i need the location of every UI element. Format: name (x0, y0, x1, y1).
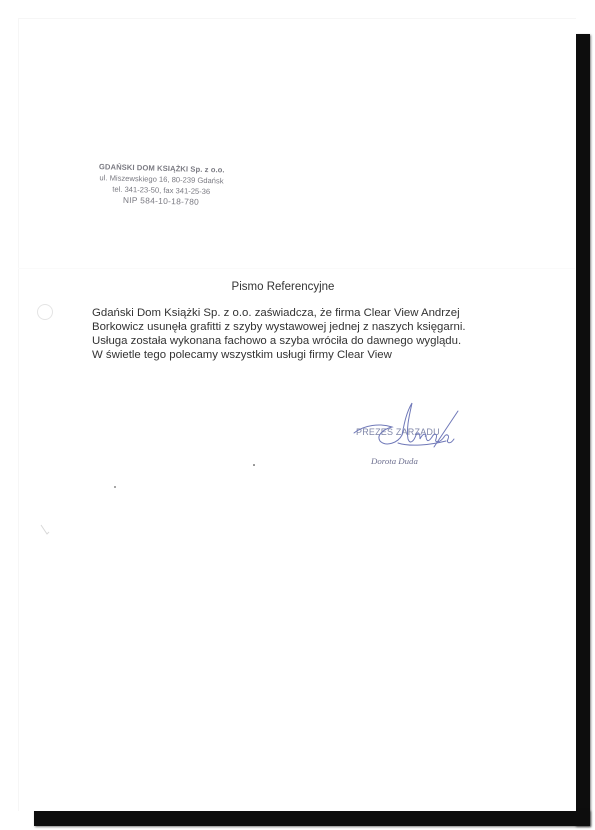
letter-title: Pismo Referencyjne (0, 281, 566, 293)
page-shadow-right (575, 34, 590, 826)
page-shadow-bottom (34, 810, 590, 826)
body-line: Borkowicz usunęła grafitti z szyby wysta… (92, 320, 492, 334)
signatory-name: Dorota Duda (371, 456, 418, 466)
body-line: Usługa została wykonana fachowo a szyba … (92, 334, 492, 348)
body-line: W świetle tego polecamy wszystkim usługi… (92, 348, 492, 362)
letter-body: Gdański Dom Książki Sp. z o.o. zaświadcz… (92, 306, 492, 362)
body-line: Gdański Dom Książki Sp. z o.o. zaświadcz… (92, 306, 492, 320)
paper-speck (253, 464, 255, 466)
paper-fold-line (18, 268, 575, 269)
paper-crease-mark (40, 524, 54, 536)
punch-hole-mark (37, 304, 53, 320)
letter-page (18, 18, 576, 811)
handwritten-signature (350, 395, 470, 455)
signature-block: PREZES ZARZĄDU Dorota Duda (350, 395, 470, 475)
paper-speck (114, 486, 116, 488)
company-stamp: GDAŃSKI DOM KSIĄŻKI Sp. z o.o. ul. Misze… (91, 161, 232, 209)
